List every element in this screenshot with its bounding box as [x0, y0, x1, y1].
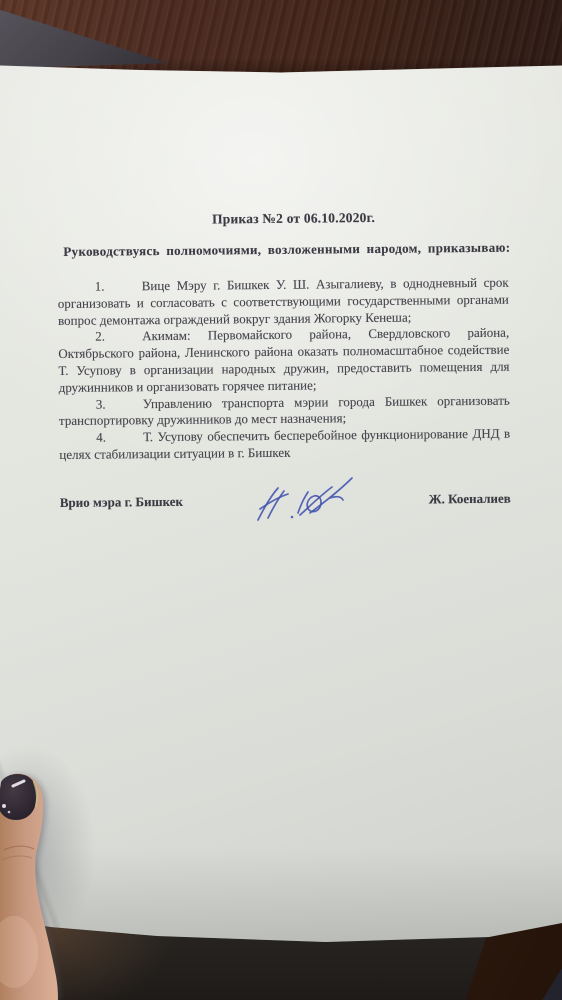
order-item-2: 2.Акимам: Первомайского района, Свердлов…: [58, 325, 510, 397]
order-item-3: 3.Управлению транспорта мэрии города Биш…: [59, 392, 510, 430]
document-title: Приказ №2 от 06.10.2020г.: [212, 209, 508, 228]
paper-sheet: Приказ №2 от 06.10.2020г. Руководствуясь…: [0, 0, 562, 1000]
photo-of-document: Приказ №2 от 06.10.2020г. Руководствуясь…: [0, 0, 562, 1000]
item-number: 4.: [96, 429, 143, 446]
item-number: 1.: [95, 278, 142, 295]
order-text-block: Приказ №2 от 06.10.2020г. Руководствуясь…: [57, 209, 511, 511]
nail-sparkle: [8, 811, 11, 814]
handwritten-signature-ink: [246, 468, 361, 534]
nail-sparkle: [2, 804, 6, 808]
thumb-nail: [0, 774, 37, 820]
item-number: 2.: [95, 329, 142, 346]
order-item-4: 4.Т. Усупову обеспечить бесперебойное фу…: [59, 426, 510, 464]
document-preamble: Руководствуясь полномочиями, возложенным…: [63, 240, 508, 260]
thumb-holding-paper: [0, 762, 80, 1000]
signatory-name: Ж. Коеналиев: [429, 490, 511, 507]
item-number: 3.: [96, 396, 143, 413]
order-item-1: 1.Вице Мэру г. Бишкек У. Ш. Азыгалиеву, …: [58, 275, 509, 330]
signatory-title: Врио мэра г. Бишкек: [60, 494, 183, 511]
